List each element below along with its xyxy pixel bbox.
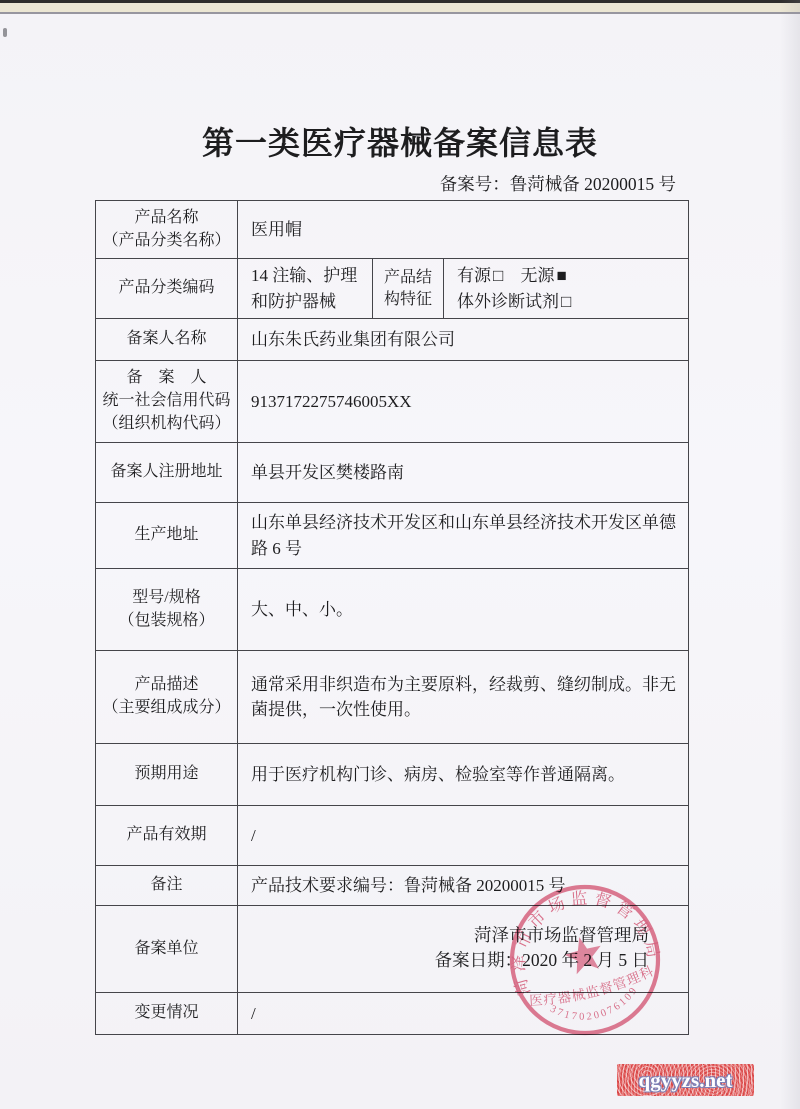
field-label-line: 产品有效期 (99, 824, 234, 847)
field-label-line: 型号/规格 (99, 587, 234, 610)
table-row-model-spec: 型号/规格 （包装规格） 大、中、小。 (96, 569, 689, 651)
field-label: 产品描述 （主要组成成分） (96, 651, 238, 744)
field-label-line: （组织机构代码） (99, 413, 234, 436)
field-label-line: 产品描述 (99, 674, 234, 697)
field-label-line: 产品分类编码 (99, 277, 234, 300)
field-label: 备注 (96, 866, 238, 906)
field-label-line: （产品分类名称） (99, 230, 234, 253)
field-label-line: 统一社会信用代码 (99, 390, 234, 413)
field-value: 用于医疗机构门诊、病房、检验室等作普通隔离。 (238, 744, 689, 806)
table-row-registrant-name: 备案人名称 山东朱氏药业集团有限公司 (96, 319, 689, 361)
table-row-registered-address: 备案人注册地址 单县开发区樊楼路南 (96, 443, 689, 503)
checkbox-icon: □ (561, 292, 571, 311)
scanner-edge-band (0, 0, 800, 14)
field-label: 产品名称 （产品分类名称） (96, 201, 238, 259)
table-row-change-status: 变更情况 / (96, 993, 689, 1035)
field-value: 山东单县经济技术开发区和山东单县经济技术开发区单德路 6 号 (238, 503, 689, 569)
field-label: 备案人注册地址 (96, 443, 238, 503)
field-label: 生产地址 (96, 503, 238, 569)
field-label: 备案单位 (96, 906, 238, 993)
scanned-form-page: 第一类医疗器械备案信息表 备案号：鲁菏械备 20200015 号 产品名称 （产… (0, 0, 800, 1109)
field-value: 山东朱氏药业集团有限公司 (238, 319, 689, 361)
record-date-line: 备案日期：2020 年 2 月 5 日 (251, 948, 649, 973)
field-label: 型号/规格 （包装规格） (96, 569, 238, 651)
authority-signature-block: 菏泽市市场监督管理局 备案日期：2020 年 2 月 5 日 (251, 923, 680, 976)
field-label-line: （包装规格） (99, 610, 234, 633)
option-label: 无源 (521, 266, 555, 285)
classification-code-value: 14 注输、护理和防护器械 (238, 259, 373, 319)
table-row-product-name: 产品名称 （产品分类名称） 医用帽 (96, 201, 689, 259)
authority-name: 菏泽市市场监督管理局 (251, 923, 649, 948)
option-label: 体外诊断试剂 (457, 292, 559, 311)
watermark-text: qgyyzs.net (639, 1068, 733, 1093)
option-ivd-reagent: 体外诊断试剂□ (457, 292, 571, 311)
field-label-line: 备 案 人 (99, 367, 234, 390)
field-label-line: 备注 (99, 874, 234, 897)
checkbox-checked-icon: ■ (557, 266, 567, 285)
registration-info-table: 产品名称 （产品分类名称） 医用帽 产品分类编码 14 注输、护理和防护器械 产… (95, 200, 689, 1035)
site-watermark: qgyyzs.net (617, 1064, 754, 1096)
field-value: 9137172275746005XX (238, 361, 689, 443)
field-label-line: 变更情况 (99, 1002, 234, 1025)
table-row-shelf-life: 产品有效期 / (96, 806, 689, 866)
field-value: / (238, 993, 689, 1035)
field-value: 通常采用非织造布为主要原料，经裁剪、缝纫制成。非无菌提供，一次性使用。 (238, 651, 689, 744)
field-label-line: 预期用途 (99, 763, 234, 786)
table-row-remarks: 备注 产品技术要求编号：鲁菏械备 20200015 号 (96, 866, 689, 906)
table-row-classification-code: 产品分类编码 14 注输、护理和防护器械 产品结构特征 有源□ 无源■ 体外诊断… (96, 259, 689, 319)
table-row-intended-use: 预期用途 用于医疗机构门诊、病房、检验室等作普通隔离。 (96, 744, 689, 806)
field-value: 产品技术要求编号：鲁菏械备 20200015 号 (238, 866, 689, 906)
field-label-line: 备案人名称 (99, 328, 234, 351)
field-label: 备案人名称 (96, 319, 238, 361)
table-row-filing-authority: 备案单位 菏泽市市场监督管理局 备案日期：2020 年 2 月 5 日 (96, 906, 689, 993)
record-number-line: 备案号：鲁菏械备 20200015 号 (440, 171, 676, 196)
field-label-line: 备案单位 (99, 938, 234, 961)
field-label: 预期用途 (96, 744, 238, 806)
field-value: 单县开发区樊楼路南 (238, 443, 689, 503)
field-value: 大、中、小。 (238, 569, 689, 651)
scan-artifact-speck (3, 28, 7, 37)
field-label-line: 备案人注册地址 (99, 461, 234, 484)
field-value: / (238, 806, 689, 866)
field-label-line: 产品名称 (99, 207, 234, 230)
field-label: 变更情况 (96, 993, 238, 1035)
table-row-product-description: 产品描述 （主要组成成分） 通常采用非织造布为主要原料，经裁剪、缝纫制成。非无菌… (96, 651, 689, 744)
field-label-line: 生产地址 (99, 524, 234, 547)
field-label: 产品分类编码 (96, 259, 238, 319)
option-active: 有源□ (457, 266, 503, 285)
table-row-credit-code: 备 案 人 统一社会信用代码 （组织机构代码） 9137172275746005… (96, 361, 689, 443)
checkbox-icon: □ (493, 266, 503, 285)
structure-feature-label: 产品结构特征 (373, 259, 444, 319)
option-passive: 无源■ (521, 266, 567, 285)
option-label: 有源 (457, 266, 491, 285)
document-title: 第一类医疗器械备案信息表 (0, 118, 800, 164)
field-label: 备 案 人 统一社会信用代码 （组织机构代码） (96, 361, 238, 443)
field-label: 产品有效期 (96, 806, 238, 866)
table-row-production-address: 生产地址 山东单县经济技术开发区和山东单县经济技术开发区单德路 6 号 (96, 503, 689, 569)
structure-feature-options: 有源□ 无源■ 体外诊断试剂□ (444, 259, 689, 319)
field-value: 医用帽 (238, 201, 689, 259)
field-label-line: （主要组成成分） (99, 697, 234, 720)
field-value: 菏泽市市场监督管理局 备案日期：2020 年 2 月 5 日 (238, 906, 689, 993)
